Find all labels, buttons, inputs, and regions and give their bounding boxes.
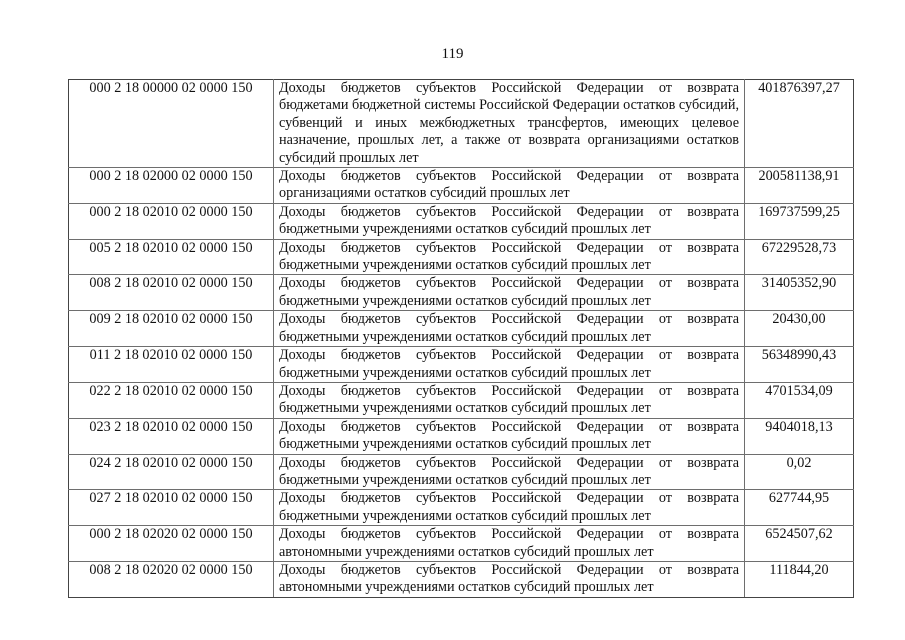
budget-classification-code: 009 2 18 02010 02 0000 150 (69, 311, 274, 347)
revenue-description: Доходы бюджетов субъектов Российской Фед… (274, 347, 745, 383)
budget-classification-code: 005 2 18 02010 02 0000 150 (69, 239, 274, 275)
revenue-amount: 56348990,43 (745, 347, 854, 383)
revenue-description: Доходы бюджетов субъектов Российской Фед… (274, 80, 745, 168)
table-row: 000 2 18 02020 02 0000 150 Доходы бюджет… (69, 526, 854, 562)
budget-classification-code: 022 2 18 02010 02 0000 150 (69, 382, 274, 418)
budget-classification-code: 000 2 18 02020 02 0000 150 (69, 526, 274, 562)
budget-classification-code: 000 2 18 02000 02 0000 150 (69, 168, 274, 204)
budget-classification-code: 008 2 18 02020 02 0000 150 (69, 561, 274, 597)
revenue-description: Доходы бюджетов субъектов Российской Фед… (274, 454, 745, 490)
table-row: 000 2 18 02000 02 0000 150 Доходы бюджет… (69, 168, 854, 204)
revenue-amount: 401876397,27 (745, 80, 854, 168)
revenue-amount: 200581138,91 (745, 168, 854, 204)
budget-classification-code: 008 2 18 02010 02 0000 150 (69, 275, 274, 311)
table-row: 000 2 18 02010 02 0000 150 Доходы бюджет… (69, 203, 854, 239)
budget-classification-code: 023 2 18 02010 02 0000 150 (69, 418, 274, 454)
revenue-amount: 4701534,09 (745, 382, 854, 418)
table-row: 009 2 18 02010 02 0000 150 Доходы бюджет… (69, 311, 854, 347)
budget-classification-code: 011 2 18 02010 02 0000 150 (69, 347, 274, 383)
table-row: 024 2 18 02010 02 0000 150 Доходы бюджет… (69, 454, 854, 490)
revenue-amount: 67229528,73 (745, 239, 854, 275)
revenue-description: Доходы бюджетов субъектов Российской Фед… (274, 311, 745, 347)
table-row: 008 2 18 02010 02 0000 150 Доходы бюджет… (69, 275, 854, 311)
budget-revenue-table: 000 2 18 00000 02 0000 150 Доходы бюджет… (68, 79, 854, 598)
revenue-amount: 627744,95 (745, 490, 854, 526)
revenue-description: Доходы бюджетов субъектов Российской Фед… (274, 239, 745, 275)
revenue-description: Доходы бюджетов субъектов Российской Фед… (274, 382, 745, 418)
revenue-description: Доходы бюджетов субъектов Российской Фед… (274, 168, 745, 204)
revenue-amount: 20430,00 (745, 311, 854, 347)
revenue-description: Доходы бюджетов субъектов Российской Фед… (274, 203, 745, 239)
revenue-description: Доходы бюджетов субъектов Российской Фед… (274, 275, 745, 311)
table-row: 000 2 18 00000 02 0000 150 Доходы бюджет… (69, 80, 854, 168)
budget-classification-code: 000 2 18 00000 02 0000 150 (69, 80, 274, 168)
revenue-amount: 169737599,25 (745, 203, 854, 239)
table-row: 011 2 18 02010 02 0000 150 Доходы бюджет… (69, 347, 854, 383)
revenue-amount: 111844,20 (745, 561, 854, 597)
budget-classification-code: 000 2 18 02010 02 0000 150 (69, 203, 274, 239)
revenue-description: Доходы бюджетов субъектов Российской Фед… (274, 490, 745, 526)
revenue-amount: 31405352,90 (745, 275, 854, 311)
revenue-description: Доходы бюджетов субъектов Российской Фед… (274, 561, 745, 597)
table-row: 022 2 18 02010 02 0000 150 Доходы бюджет… (69, 382, 854, 418)
budget-classification-code: 024 2 18 02010 02 0000 150 (69, 454, 274, 490)
revenue-description: Доходы бюджетов субъектов Российской Фед… (274, 418, 745, 454)
table-row: 008 2 18 02020 02 0000 150 Доходы бюджет… (69, 561, 854, 597)
table-row: 005 2 18 02010 02 0000 150 Доходы бюджет… (69, 239, 854, 275)
table-row: 023 2 18 02010 02 0000 150 Доходы бюджет… (69, 418, 854, 454)
budget-classification-code: 027 2 18 02010 02 0000 150 (69, 490, 274, 526)
revenue-amount: 0,02 (745, 454, 854, 490)
revenue-amount: 9404018,13 (745, 418, 854, 454)
revenue-amount: 6524507,62 (745, 526, 854, 562)
table-row: 027 2 18 02010 02 0000 150 Доходы бюджет… (69, 490, 854, 526)
revenue-description: Доходы бюджетов субъектов Российской Фед… (274, 526, 745, 562)
page-number: 119 (0, 45, 905, 63)
